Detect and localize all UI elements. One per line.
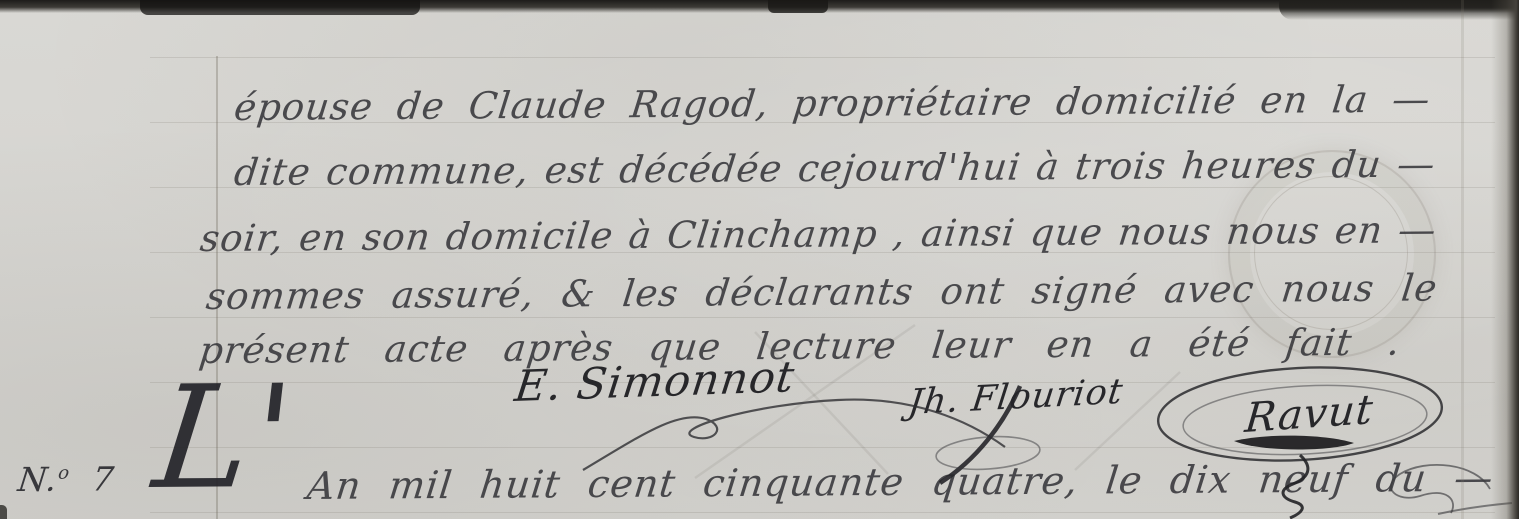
record-number-prefix: N. [16, 460, 60, 499]
top-edge-shadow [768, 0, 828, 13]
handwritten-line-4: sommes assuré, & les déclarants ont sign… [204, 268, 1440, 317]
record-number-note: N.o 7 [16, 459, 117, 499]
signature-flouriot: Jh. Flouriot [906, 372, 1126, 423]
ruled-line [150, 57, 1495, 58]
bottom-left-edge-mark [0, 505, 7, 519]
record-number-superscript: o [57, 463, 71, 484]
record-number-value: 7 [90, 459, 117, 498]
handwritten-line-3: soir, en son domicile à Clinchamp , ains… [198, 210, 1439, 259]
registry-scan-page: épouse de Claude Ragod, propriétaire dom… [0, 0, 1519, 519]
ruled-line [150, 382, 1495, 383]
ruled-line [150, 512, 1495, 513]
right-page-edge [1491, 0, 1519, 519]
handwritten-line-2: dite commune, est décédée cejourd'hui à … [232, 145, 1438, 194]
next-record-opening-line: An mil huit cent cinquante quatre, le di… [305, 458, 1496, 508]
handwritten-line-5: présent acte après que lecture leur en a… [197, 323, 1403, 372]
handwritten-line-1: épouse de Claude Ragod, propriétaire dom… [232, 80, 1433, 129]
ruled-line [150, 447, 1495, 448]
signature-simonnot: E. Simonnot [512, 352, 798, 412]
page-crease [1461, 0, 1464, 519]
top-right-page-edge [1279, 0, 1519, 20]
signature-ravut: Ravut [1243, 385, 1376, 442]
drop-cap-initial: L' [148, 367, 300, 510]
top-edge-shadow [140, 0, 420, 15]
